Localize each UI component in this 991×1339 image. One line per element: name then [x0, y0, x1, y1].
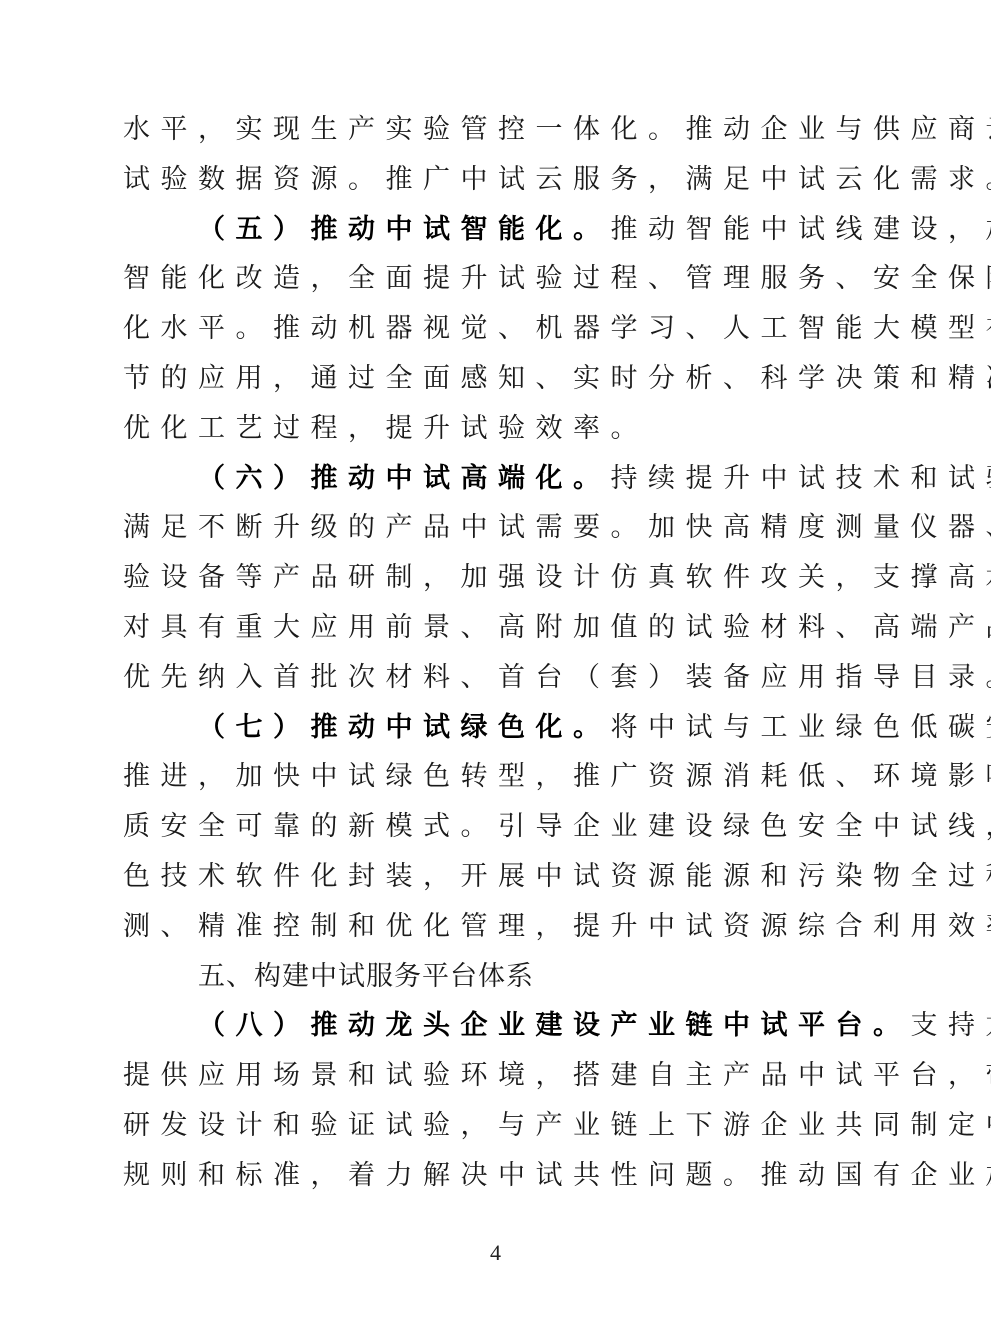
paragraph-line: 提供应用场景和试验环境，搭建自主产品中试平台，带动产品 [123, 1051, 875, 1101]
line-text: 水平，实现生产实验管控一体化。推动企业与供应商云上共享 [123, 114, 991, 145]
paragraph-line: 试验数据资源。推广中试云服务，满足中试云化需求。 [123, 155, 875, 205]
paragraph-line: 优化工艺过程，提升试验效率。 [123, 404, 875, 454]
line-text: 试验数据资源。推广中试云服务，满足中试云化需求。 [123, 164, 991, 195]
section-7-title-line: （七）推动中试绿色化。将中试与工业绿色低碳安全同步 [123, 703, 875, 753]
line-text: 测、精准控制和优化管理，提升中试资源综合利用效率。 [123, 911, 991, 942]
paragraph-line: 优先纳入首批次材料、首台（套）装备应用指导目录。 [123, 653, 875, 703]
section-title: （五）推动中试智能化。 [198, 214, 611, 245]
line-text: 研发设计和验证试验，与产业链上下游企业共同制定中试技术 [123, 1110, 991, 1141]
line-text: 支持龙头企业 [911, 1010, 991, 1041]
paragraph-line: 化水平。推动机器视觉、机器学习、人工智能大模型在中试环 [123, 304, 875, 354]
line-text: 提供应用场景和试验环境，搭建自主产品中试平台，带动产品 [123, 1060, 991, 1091]
line-text: 质安全可靠的新模式。引导企业建设绿色安全中试线，推进绿 [123, 811, 991, 842]
line-text: 推进，加快中试绿色转型，推广资源消耗低、环境影响小、本 [123, 761, 991, 792]
paragraph-line: 对具有重大应用前景、高附加值的试验材料、高端产品和装备， [123, 603, 875, 653]
line-text: 智能化改造，全面提升试验过程、管理服务、安全保障的智能 [123, 263, 991, 294]
chapter-heading-text: 五、构建中试服务平台体系 [198, 961, 534, 992]
paragraph-line: 研发设计和验证试验，与产业链上下游企业共同制定中试技术 [123, 1101, 875, 1151]
paragraph-line: 水平，实现生产实验管控一体化。推动企业与供应商云上共享 [123, 105, 875, 155]
section-5-title-line: （五）推动中试智能化。推动智能中试线建设，加快中试 [123, 205, 875, 255]
line-text: 优先纳入首批次材料、首台（套）装备应用指导目录。 [123, 662, 991, 693]
section-title: （八）推动龙头企业建设产业链中试平台。 [198, 1010, 911, 1041]
line-text: 满足不断升级的产品中试需要。加快高精度测量仪器、高端试 [123, 512, 991, 543]
line-text: 规则和标准，着力解决中试共性问题。推动国有企业加强中试 [123, 1160, 991, 1191]
line-text: 色技术软件化封装，开展中试资源能源和污染物全过程动态监 [123, 861, 991, 892]
line-text: 将中试与工业绿色低碳安全同步 [611, 712, 991, 743]
section-title: （七）推动中试绿色化。 [198, 712, 611, 743]
line-text: 优化工艺过程，提升试验效率。 [123, 413, 648, 444]
paragraph-line: 质安全可靠的新模式。引导企业建设绿色安全中试线，推进绿 [123, 802, 875, 852]
line-text: 验设备等产品研制，加强设计仿真软件攻关，支撑高水平中试。 [123, 562, 991, 593]
line-text: 化水平。推动机器视觉、机器学习、人工智能大模型在中试环 [123, 313, 991, 344]
section-6-title-line: （六）推动中试高端化。持续提升中试技术和试验质量， [123, 454, 875, 504]
paragraph-line: 满足不断升级的产品中试需要。加快高精度测量仪器、高端试 [123, 503, 875, 553]
paragraph-line: 验设备等产品研制，加强设计仿真软件攻关，支撑高水平中试。 [123, 553, 875, 603]
paragraph-line: 智能化改造，全面提升试验过程、管理服务、安全保障的智能 [123, 254, 875, 304]
section-8-title-line: （八）推动龙头企业建设产业链中试平台。支持龙头企业 [123, 1001, 875, 1051]
section-title: （六）推动中试高端化。 [198, 463, 611, 494]
paragraph-line: 色技术软件化封装，开展中试资源能源和污染物全过程动态监 [123, 852, 875, 902]
line-text: 对具有重大应用前景、高附加值的试验材料、高端产品和装备， [123, 612, 991, 643]
line-text: 节的应用，通过全面感知、实时分析、科学决策和精准执行， [123, 363, 991, 394]
line-text: 持续提升中试技术和试验质量， [611, 463, 991, 494]
paragraph-line: 规则和标准，着力解决中试共性问题。推动国有企业加强中试 [123, 1151, 875, 1201]
paragraph-line: 节的应用，通过全面感知、实时分析、科学决策和精准执行， [123, 354, 875, 404]
document-page: 水平，实现生产实验管控一体化。推动企业与供应商云上共享 试验数据资源。推广中试云… [123, 105, 875, 1201]
paragraph-line: 测、精准控制和优化管理，提升中试资源综合利用效率。 [123, 902, 875, 952]
line-text: 推动智能中试线建设，加快中试 [611, 214, 991, 245]
page-number: 4 [0, 1240, 991, 1266]
chapter-heading: 五、构建中试服务平台体系 [123, 952, 875, 1002]
paragraph-line: 推进，加快中试绿色转型，推广资源消耗低、环境影响小、本 [123, 752, 875, 802]
